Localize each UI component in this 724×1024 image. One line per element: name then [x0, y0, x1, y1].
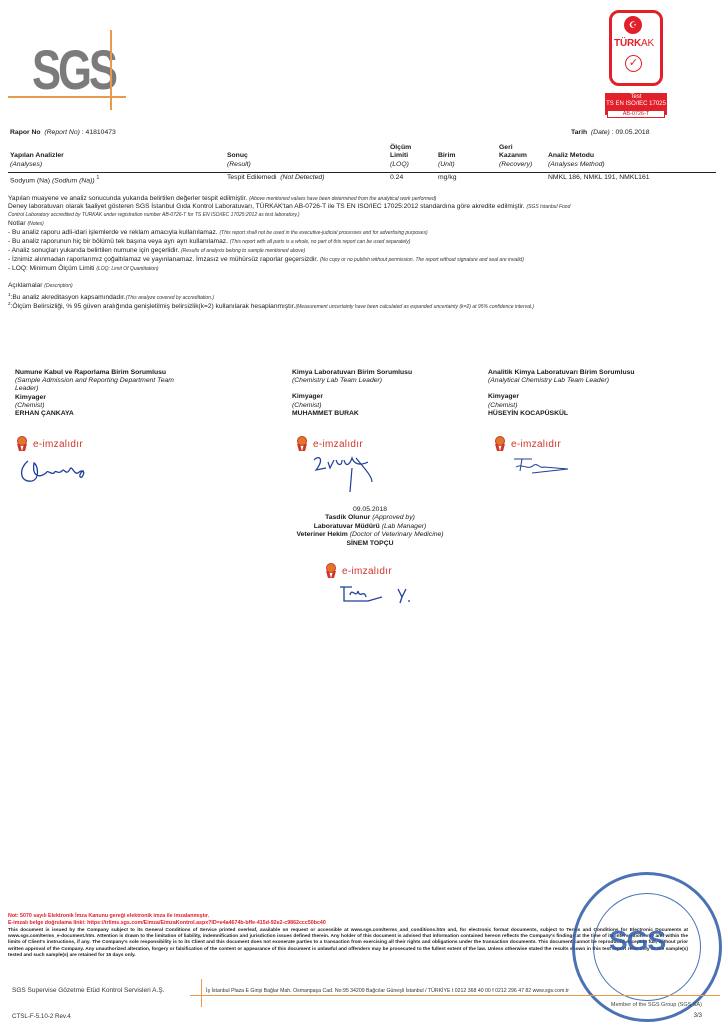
approval-date: 09.05.2018 [240, 506, 500, 514]
result-statement: Yapılan muayene ve analiz sonucunda yuka… [8, 195, 436, 203]
cell-analysis: Sodyum (Na) (Sodium (Na)) 1 [10, 174, 99, 185]
signatory-2: Kimya Laboratuvarı Birim Sorumlusu (Chem… [292, 369, 412, 418]
e-signature-badge: e-imzalıdır [16, 436, 83, 452]
note-item: - Bu analiz raporu adli-idari işlemlerde… [8, 229, 428, 237]
note-item: - LOQ: Minimum Ölçüm Limiti (LOQ: Limit … [8, 265, 159, 273]
group-membership: Member of the SGS Group (SGS SA) [611, 1002, 702, 1008]
handwritten-signature [312, 452, 392, 497]
form-code: CTSL-F-5.10-2 Rev.4 [12, 1013, 71, 1020]
col-header-method: Analiz Metodu (Analyses Method) [548, 152, 605, 169]
signatory-name: HÜSEYİN KOCAPÜSKÜL [488, 410, 635, 418]
logo-divider-vertical [110, 30, 112, 110]
e-signature-badge: e-imzalıdır [325, 563, 392, 579]
col-header-result: Sonuç (Result) [227, 152, 251, 169]
accreditation-statement-en: Control Laboratory accredited by TURKAK … [8, 211, 300, 219]
page-number: 3/3 [694, 1013, 702, 1019]
award-ribbon-icon [296, 436, 308, 452]
checkmark-icon: ✓ [625, 55, 642, 72]
handwritten-signature [512, 455, 572, 480]
company-seal-stamp: SGS [572, 872, 722, 1022]
accreditation-code: AB-0726-T [607, 110, 665, 118]
company-name: SGS Supervise Gözetme Etüd Kontrol Servi… [12, 987, 164, 994]
cell-result: Tespit Edilemedi (Not Detected) [227, 174, 324, 182]
note-item: - Bu analiz raporunun hiç bir bölümü tek… [8, 238, 410, 246]
signatory-3: Analitik Kimya Laboratuvarı Birim Soruml… [488, 369, 635, 418]
footer-divider-vertical [201, 979, 202, 1007]
approval-block: 09.05.2018 Tasdik Olunur (Approved by) L… [240, 506, 500, 548]
note-item: - Analiz sonuçları yukarıda belirtilen n… [8, 247, 305, 255]
seal-center-text: SGS [609, 925, 665, 957]
cell-method: NMKL 186, NMKL 191, NMKL161 [548, 174, 650, 182]
cell-loq: 0.24 [390, 174, 403, 182]
award-ribbon-icon [325, 563, 337, 579]
e-signature-badge: e-imzalıdır [296, 436, 363, 452]
logo-divider [8, 96, 126, 98]
cell-unit: mg/kg [438, 174, 457, 182]
turkak-name: TÜRKAK [605, 38, 663, 49]
footer-divider [190, 995, 720, 996]
turkak-accreditation-logo: ☪ TÜRKAK ✓ Test TS EN ISO/IEC 17025 AB-0… [605, 10, 673, 118]
handwritten-signature [338, 583, 418, 612]
signatory-1: Numune Kabul ve Raporlama Birim Sorumlus… [15, 369, 174, 418]
e-signature-legal-note: Not: 5070 sayılı Elektronik İmza Kanunu … [8, 913, 209, 919]
award-ribbon-icon [16, 436, 28, 452]
col-header-recovery: Geri Kazanım (Recovery) [499, 144, 532, 169]
sgs-logo: SGS [8, 30, 128, 110]
signatory-name: ERHAN ÇANKAYA [15, 410, 174, 418]
signatory-name: MUHAMMET BURAK [292, 410, 412, 418]
handwritten-signature [18, 455, 98, 492]
company-address: İş İstanbul Plaza E Girişi Bağlar Mah. O… [206, 988, 569, 994]
col-header-loq: Ölçüm Limiti (LOQ) [390, 144, 411, 169]
award-ribbon-icon [494, 436, 506, 452]
report-date: Tarih (Date) : 09.05.2018 [571, 129, 649, 137]
e-signature-badge: e-imzalıdır [494, 436, 561, 452]
col-header-analyses: Yapılan Analizler (Analyses) [10, 152, 64, 169]
verification-link[interactable]: E-imzalı belge doğrulama linki: https://… [8, 920, 326, 926]
col-header-unit: Birim (Unit) [438, 152, 455, 169]
accreditation-statement: Deney laboratuvarı olarak faaliyet göste… [8, 203, 570, 211]
note-item: - İznimiz alınmadan raporlarımız çoğaltı… [8, 256, 524, 264]
crescent-star-icon: ☪ [624, 16, 642, 34]
description-item: 2:Ölçüm Belirsizliği, % 95 güven aralığı… [8, 300, 534, 311]
notes-title: Notlar (Notes) [8, 220, 44, 228]
descriptions-title: Açıklamalar (Description) [8, 282, 73, 290]
sgs-logo-text: SGS [32, 42, 115, 98]
approver-name: SİNEM TOPÇU [240, 540, 500, 548]
table-header-rule [8, 172, 716, 173]
report-number: Rapor No (Report No) : 41810473 [10, 129, 116, 137]
